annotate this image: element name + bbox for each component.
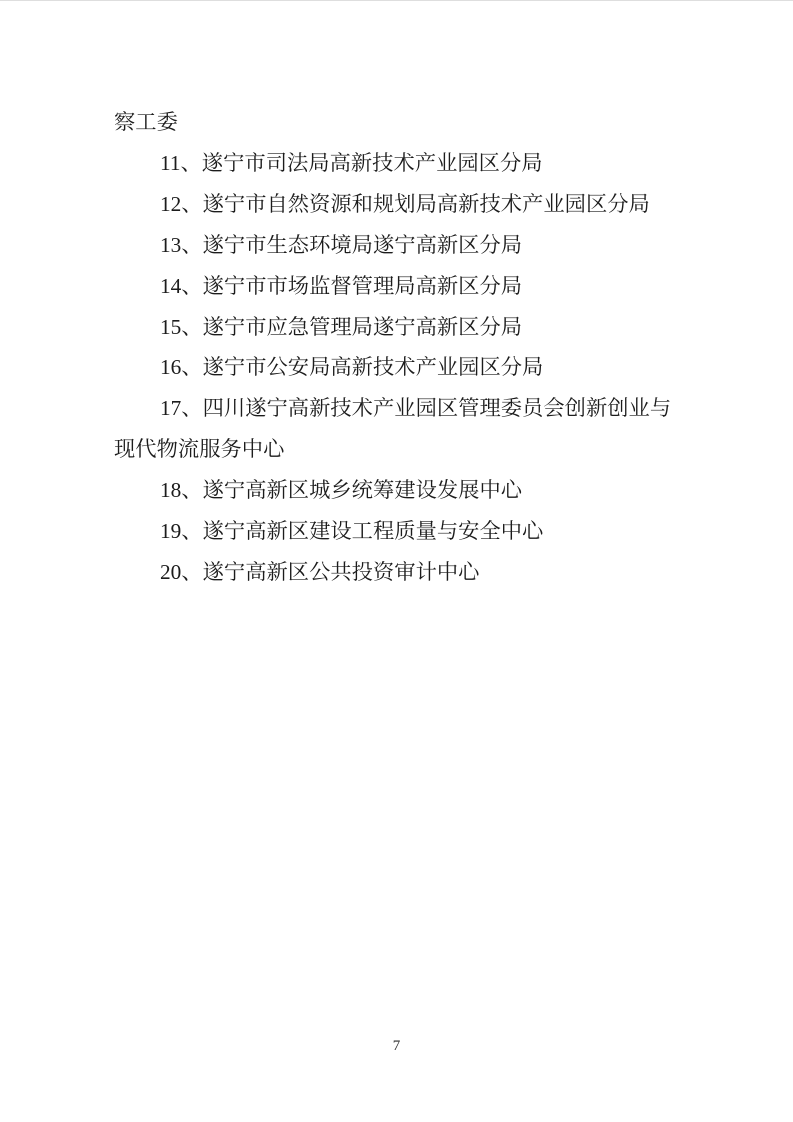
list-item-17-continuation: 现代物流服务中心 [114,429,679,470]
list-item-19: 19、遂宁高新区建设工程质量与安全中心 [114,511,679,552]
list-item-20: 20、遂宁高新区公共投资审计中心 [114,552,679,593]
document-page: 察工委 11、遂宁市司法局高新技术产业园区分局 12、遂宁市自然资源和规划局高新… [0,0,793,1122]
list-item-13: 13、遂宁市生态环境局遂宁高新区分局 [114,225,679,266]
page-number: 7 [0,1037,793,1055]
list-item-14: 14、遂宁市市场监督管理局高新区分局 [114,266,679,307]
list-item-16: 16、遂宁市公安局高新技术产业园区分局 [114,347,679,388]
list-item-11: 11、遂宁市司法局高新技术产业园区分局 [114,143,679,184]
paragraph-continuation-line: 察工委 [114,102,679,143]
list-item-15: 15、遂宁市应急管理局遂宁高新区分局 [114,307,679,348]
list-item-18: 18、遂宁高新区城乡统筹建设发展中心 [114,470,679,511]
list-item-17: 17、四川遂宁高新技术产业园区管理委员会创新创业与 [114,388,679,429]
list-item-12: 12、遂宁市自然资源和规划局高新技术产业园区分局 [114,184,679,225]
document-body: 察工委 11、遂宁市司法局高新技术产业园区分局 12、遂宁市自然资源和规划局高新… [114,102,679,593]
